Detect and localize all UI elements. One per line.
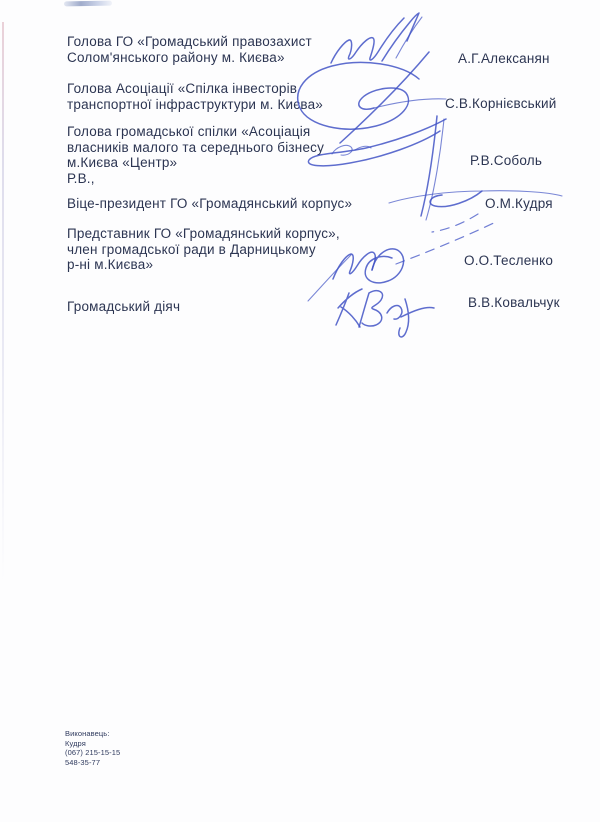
signatory-name: О.М.Кудря <box>485 196 553 212</box>
signatory-name: С.В.Корнієвський <box>445 96 556 112</box>
executor-label: Виконавець: <box>65 729 120 739</box>
signatory-name: Р.В.Соболь <box>470 153 542 169</box>
signatory-title: Голова громадської спілки «Асоціація вла… <box>67 124 417 186</box>
signatory-title: Представник ГО «Громадянський корпус», ч… <box>67 226 417 273</box>
executor-name: Кудря <box>65 739 120 749</box>
scan-smudge-artifact <box>64 1 112 7</box>
signatory-name: А.Г.Алексанян <box>458 51 550 67</box>
signatory-name: В.В.Ковальчук <box>468 295 560 311</box>
executor-phone2: 548-35-77 <box>65 758 120 768</box>
scanned-document-page: Голова ГО «Громадський правозахист Солом… <box>0 0 600 822</box>
executor-footer: Виконавець: Кудря (067) 215-15-15 548-35… <box>65 729 120 767</box>
signatory-name: О.О.Тесленко <box>464 253 553 269</box>
signatory-title: Голова ГО «Громадський правозахист Солом… <box>67 34 417 65</box>
scan-edge-artifact <box>2 22 4 582</box>
signatory-title: Громадський діяч <box>67 299 417 315</box>
signatory-title: Віце-президент ГО «Громадянський корпус» <box>67 196 417 212</box>
signatory-title: Голова Асоціації «Спілка інвесторів тран… <box>67 81 417 112</box>
executor-phone1: (067) 215-15-15 <box>65 748 120 758</box>
